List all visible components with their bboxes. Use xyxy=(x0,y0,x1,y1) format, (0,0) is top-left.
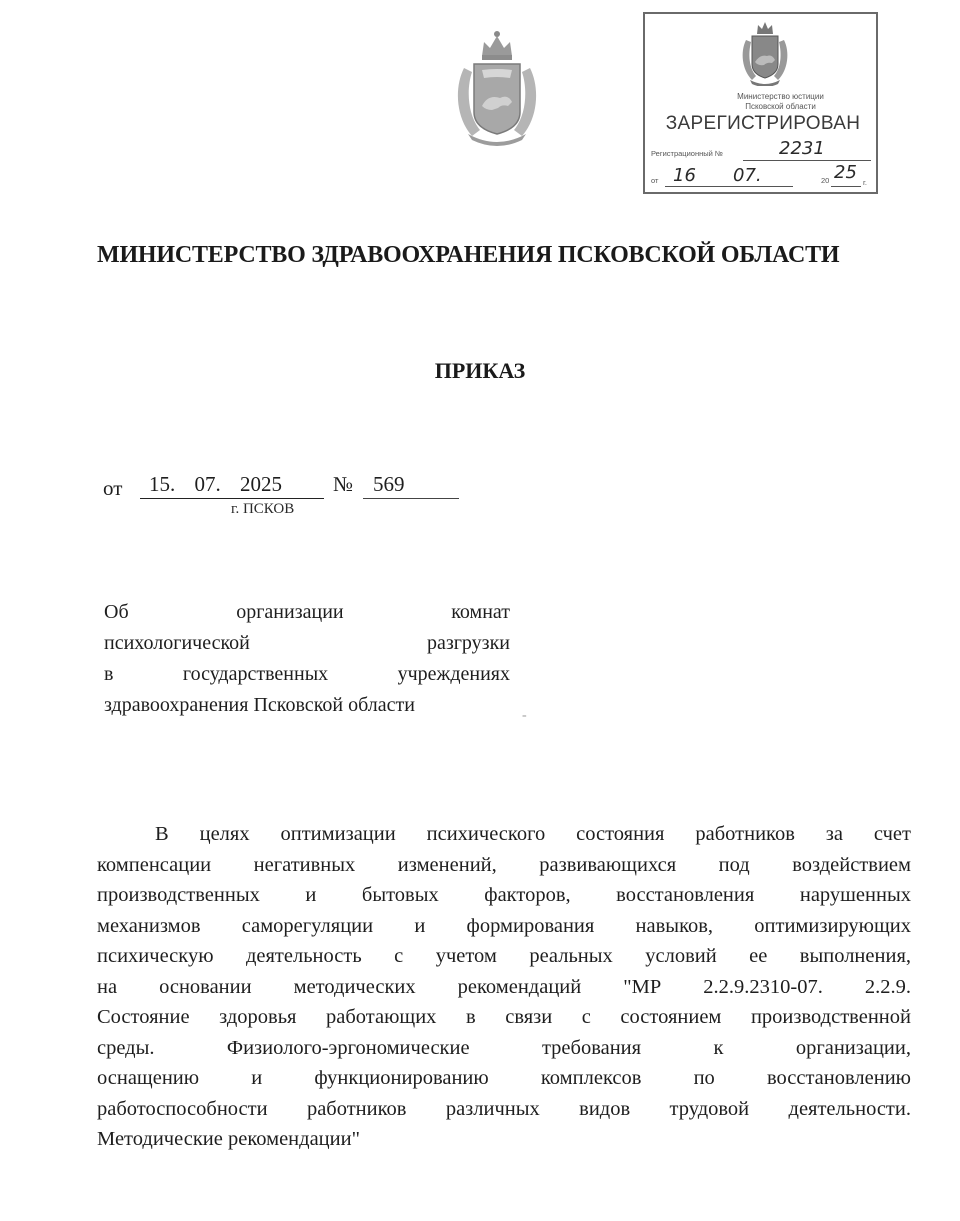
order-subject: Об организации комнат психологической ра… xyxy=(104,597,510,721)
stamp-reg-label: Регистрационный № xyxy=(651,149,723,158)
order-preamble-paragraph: В целях оптимизации психического состоян… xyxy=(97,819,911,1155)
body-line: В целях оптимизации психического состоян… xyxy=(97,819,911,850)
number-underline xyxy=(363,498,459,499)
subject-line: психологической разгрузки xyxy=(104,628,510,659)
body-line: работоспособности работников различных в… xyxy=(97,1094,911,1125)
stamp-year-underline xyxy=(831,186,861,187)
date-prefix: от xyxy=(103,476,122,501)
stamp-registered-title: ЗАРЕГИСТРИРОВАН xyxy=(653,113,873,135)
order-date: 15. 07. 2025 xyxy=(149,472,282,497)
date-underline xyxy=(140,498,324,499)
stamp-reg-underline xyxy=(743,160,871,161)
subject-dash: - xyxy=(522,708,527,724)
stamp-reg-number: 2231 xyxy=(779,138,825,159)
stamp-registration-row: Регистрационный № 2231 xyxy=(651,140,873,162)
stamp-region-label: Псковской области xyxy=(665,102,896,111)
stamp-year-suffix: 25 xyxy=(834,162,857,183)
city-label: г. ПСКОВ xyxy=(231,501,294,518)
ministry-heading: МИНИСТЕРСТВО ЗДРАВООХРАНЕНИЯ ПСКОВСКОЙ О… xyxy=(97,242,907,269)
coat-of-arms-icon xyxy=(740,20,790,86)
stamp-ministry-label: Министерство юстиции xyxy=(665,92,896,101)
stamp-year-end: г. xyxy=(863,178,867,187)
order-date-number-line: от 15. 07. 2025 № 569 xyxy=(103,472,503,502)
registration-stamp: Министерство юстиции Псковской области З… xyxy=(643,12,878,194)
stamp-year-prefix: 20 xyxy=(821,176,829,185)
pskov-coat-of-arms-icon xyxy=(452,28,542,150)
stamp-date-prefix: от xyxy=(651,176,658,185)
stamp-date-underline xyxy=(665,186,793,187)
subject-line: здравоохранения Псковской области xyxy=(104,690,510,721)
body-line: на основании методических рекомендаций "… xyxy=(97,972,911,1003)
stamp-date-row: от 16 07. 20 25 г. xyxy=(651,164,873,188)
body-line: среды. Физиолого-эргономические требован… xyxy=(97,1033,911,1064)
stamp-date-day: 16 xyxy=(673,165,696,186)
body-line: механизмов саморегуляции и формирования … xyxy=(97,911,911,942)
body-line: психическую деятельность с учетом реальн… xyxy=(97,941,911,972)
body-line: компенсации негативных изменений, развив… xyxy=(97,850,911,881)
number-sign: № xyxy=(333,472,353,497)
order-title: ПРИКАЗ xyxy=(0,358,960,384)
body-line: производственных и бытовых факторов, вос… xyxy=(97,880,911,911)
subject-line: в государственных учреждениях xyxy=(104,659,510,690)
body-line: Состояние здоровья работающих в связи с … xyxy=(97,1002,911,1033)
stamp-date-month: 07. xyxy=(733,165,762,186)
subject-line: Об организации комнат xyxy=(104,597,510,628)
body-line: оснащению и функционированию комплексов … xyxy=(97,1063,911,1094)
order-number: 569 xyxy=(373,472,405,497)
body-line: Методические рекомендации" xyxy=(97,1124,911,1155)
